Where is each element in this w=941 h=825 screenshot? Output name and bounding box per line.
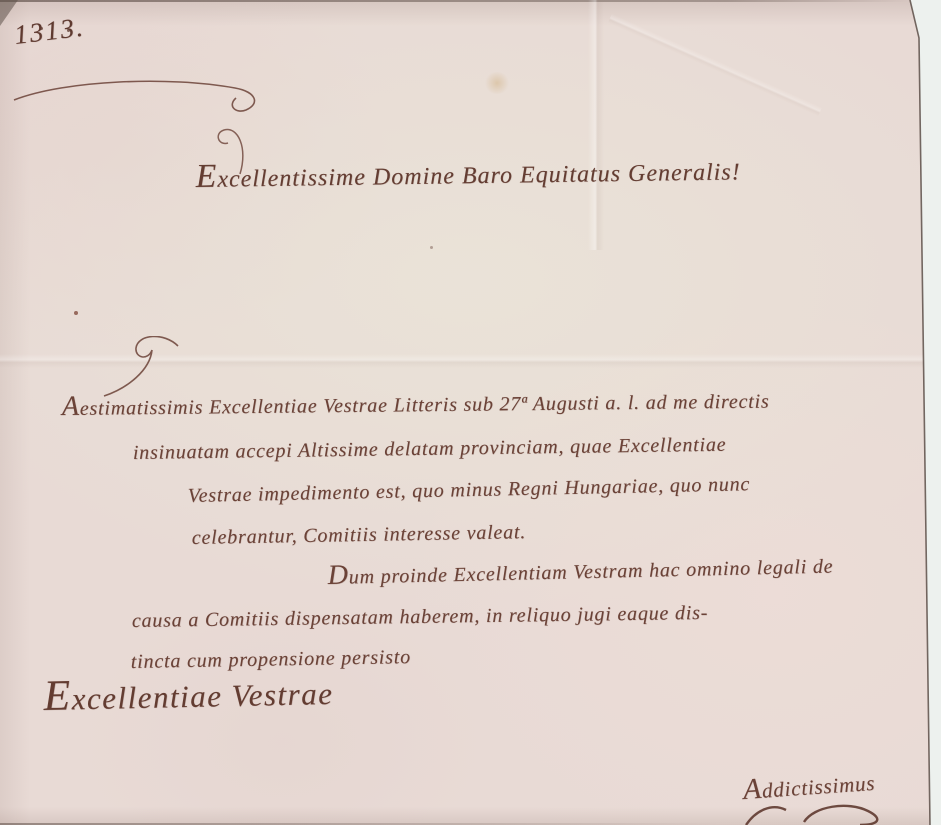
paper-right-edge	[901, 0, 941, 825]
paragraph-capital-flourish-icon	[98, 336, 190, 400]
paper-stain	[484, 72, 510, 94]
vertical-fold-crease	[588, 0, 604, 250]
ink-speck	[430, 246, 433, 249]
body-line: insinuatam accepi Altissime delatam prov…	[133, 435, 727, 463]
valediction-line: Addictissimus	[743, 773, 876, 803]
body-line: celebrantur, Comitiis interesse valeat.	[192, 522, 527, 548]
body-line: Vestrae impedimento est, quo minus Regni…	[188, 474, 751, 506]
paper-top-edge	[0, 0, 908, 2]
signature-start-icon	[738, 804, 898, 825]
body-line: causa a Comitiis dispensatam haberem, in…	[132, 603, 709, 631]
closing-line: Excellentiae Vestrae	[43, 678, 333, 715]
archive-number: 1313.	[13, 14, 87, 49]
salutation-line: Excellentissime Domine Baro Equitatus Ge…	[196, 160, 741, 192]
ink-speck	[74, 311, 78, 315]
diagonal-crease	[608, 14, 822, 117]
underline-flourish-icon	[10, 74, 272, 120]
body-line: Dum proinde Excellentiam Vestram hac omn…	[328, 557, 834, 588]
scanned-letter-page: 1313. Excellentissime Domine Baro Equita…	[0, 0, 941, 825]
body-line: tincta cum propensione persisto	[131, 647, 411, 672]
